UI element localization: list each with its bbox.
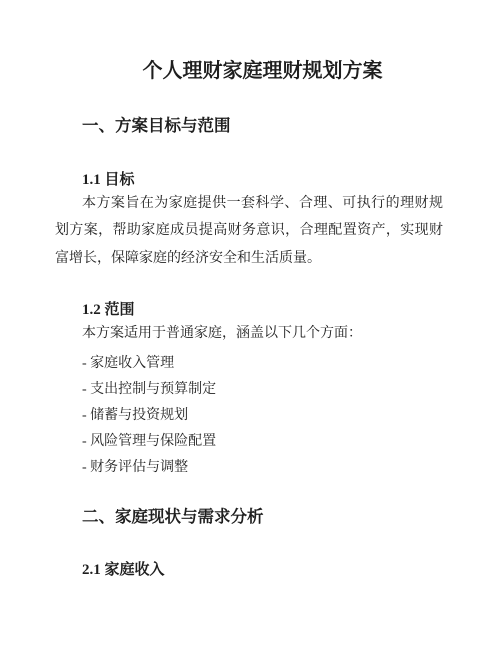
list-item-savings-investment: - 储蓄与投资规划: [55, 403, 443, 429]
subsection-1-1-heading: 1.1 目标: [55, 170, 443, 190]
section-2-heading: 二、家庭现状与需求分析: [55, 505, 443, 529]
scope-list: - 家庭收入管理 - 支出控制与预算制定 - 储蓄与投资规划 - 风险管理与保险…: [55, 351, 443, 481]
subsection-1-2-heading: 1.2 范围: [55, 300, 443, 320]
section-1-heading: 一、方案目标与范围: [55, 114, 443, 138]
list-item-financial-review: - 财务评估与调整: [55, 455, 443, 481]
subsection-1-2-paragraph: 本方案适用于普通家庭，涵盖以下几个方面：: [55, 320, 443, 347]
subsection-2-1-heading: 2.1 家庭收入: [55, 560, 443, 580]
document-title: 个人理财家庭理财规划方案: [55, 56, 443, 86]
document-page: 个人理财家庭理财规划方案 一、方案目标与范围 1.1 目标 本方案旨在为家庭提供…: [0, 0, 500, 647]
list-item-income-management: - 家庭收入管理: [55, 351, 443, 377]
list-item-risk-insurance: - 风险管理与保险配置: [55, 429, 443, 455]
list-item-expense-budget: - 支出控制与预算制定: [55, 377, 443, 403]
subsection-1-1-paragraph: 本方案旨在为家庭提供一套科学、合理、可执行的理财规划方案，帮助家庭成员提高财务意…: [55, 190, 443, 272]
